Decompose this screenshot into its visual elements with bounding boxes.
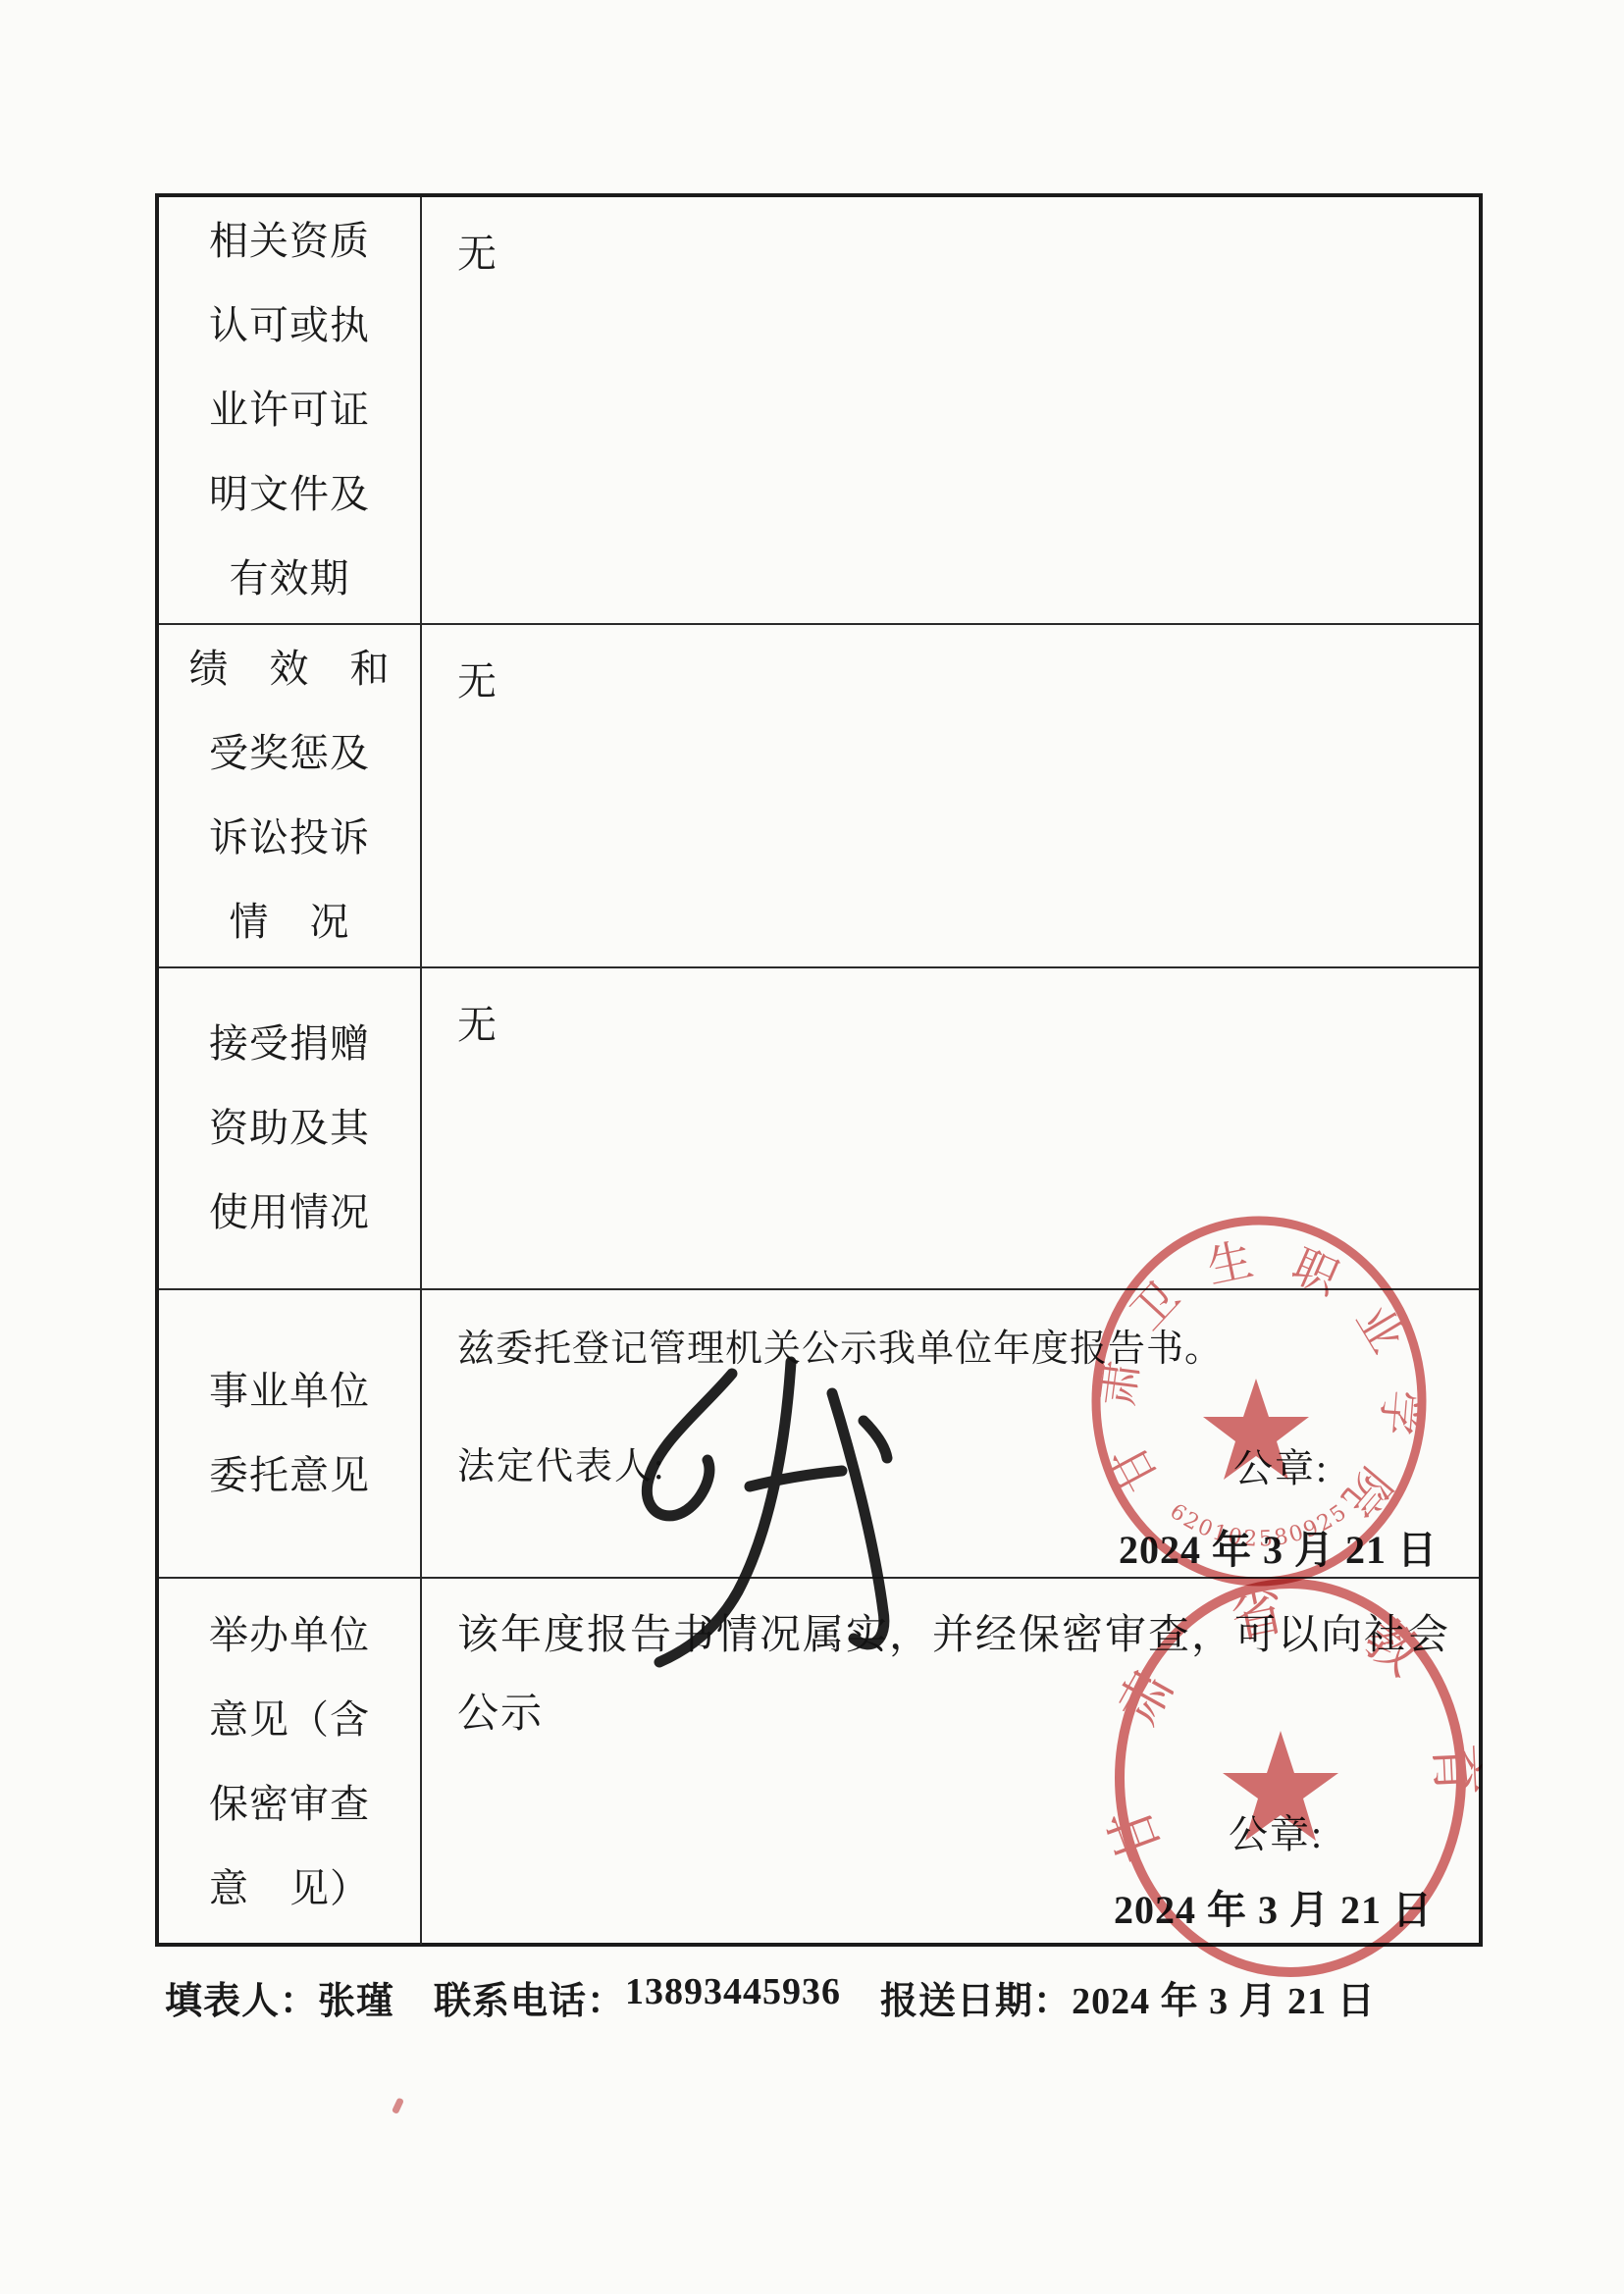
sponsor-statement-line2: 公示 <box>457 1681 544 1740</box>
preparer-group: 填表人：张瑾 <box>165 1970 394 2024</box>
footer: 填表人：张瑾 联系电话：13893445936 报送日期：2024 年 3 月 … <box>165 1970 1415 2024</box>
phone-group: 联系电话：13893445936 <box>434 1970 841 2024</box>
seal-date: 2024 年 3 月 21 日 <box>1119 1519 1438 1575</box>
cell-value-none: 无 <box>457 651 497 706</box>
sponsor-statement-line1: 该年度报告书情况属实，并经保密审查，可以向社会 <box>457 1602 1450 1661</box>
scanned-annual-report-page: 相关资质 认可或执 业许可证 明文件及 有效期 无 绩 效 和 受奖惩及 诉讼投… <box>0 0 1624 2294</box>
row-content-institution-opinion: 兹委托登记管理机关公示我单位年度报告书。 法定代表人: 公章: 2024 年 3… <box>422 1290 1479 1577</box>
table-row: 相关资质 认可或执 业许可证 明文件及 有效期 无 <box>159 197 1479 625</box>
preparer-label: 填表人： <box>165 1970 318 2024</box>
row-label-qualifications: 相关资质 认可或执 业许可证 明文件及 有效期 <box>159 197 422 623</box>
seal-date: 2024 年 3 月 21 日 <box>1114 1879 1433 1935</box>
table-row: 接受捐赠 资助及其 使用情况 无 <box>159 968 1479 1290</box>
annual-report-table: 相关资质 认可或执 业许可证 明文件及 有效期 无 绩 效 和 受奖惩及 诉讼投… <box>155 193 1483 1947</box>
row-content-performance: 无 <box>422 625 1479 966</box>
official-seal-label: 公章: <box>1233 1437 1329 1493</box>
table-row: 事业单位 委托意见 兹委托登记管理机关公示我单位年度报告书。 法定代表人: 公章… <box>159 1290 1479 1579</box>
row-label-performance: 绩 效 和 受奖惩及 诉讼投诉 情 况 <box>159 625 422 966</box>
cell-value-none: 无 <box>457 223 497 279</box>
phone-label: 联系电话： <box>434 1970 625 2024</box>
report-date-value: 2024 年 3 月 21 日 <box>1072 1970 1376 2024</box>
report-date-label: 报送日期： <box>880 1970 1072 2024</box>
row-content-qualifications: 无 <box>422 197 1479 623</box>
official-seal-label: 公章: <box>1229 1803 1324 1859</box>
ink-speck <box>392 2097 404 2113</box>
report-date-group: 报送日期：2024 年 3 月 21 日 <box>880 1970 1376 2024</box>
row-label-institution-opinion: 事业单位 委托意见 <box>159 1290 422 1577</box>
row-content-sponsor-opinion: 该年度报告书情况属实，并经保密审查，可以向社会 公示 公章: 2024 年 3 … <box>422 1579 1479 1945</box>
table-row: 绩 效 和 受奖惩及 诉讼投诉 情 况 无 <box>159 625 1479 968</box>
row-content-donations: 无 <box>422 968 1479 1288</box>
row-label-donations: 接受捐赠 资助及其 使用情况 <box>159 968 422 1288</box>
table-row: 举办单位 意见（含 保密审查 意 见） 该年度报告书情况属实，并经保密审查，可以… <box>159 1579 1479 1945</box>
legal-representative-label: 法定代表人: <box>457 1435 666 1489</box>
delegation-statement: 兹委托登记管理机关公示我单位年度报告书。 <box>457 1318 1223 1372</box>
phone-number: 13893445936 <box>625 1970 841 2024</box>
row-label-sponsor-opinion: 举办单位 意见（含 保密审查 意 见） <box>159 1579 422 1945</box>
preparer-name: 张瑾 <box>318 1970 394 2024</box>
cell-value-none: 无 <box>457 994 497 1050</box>
